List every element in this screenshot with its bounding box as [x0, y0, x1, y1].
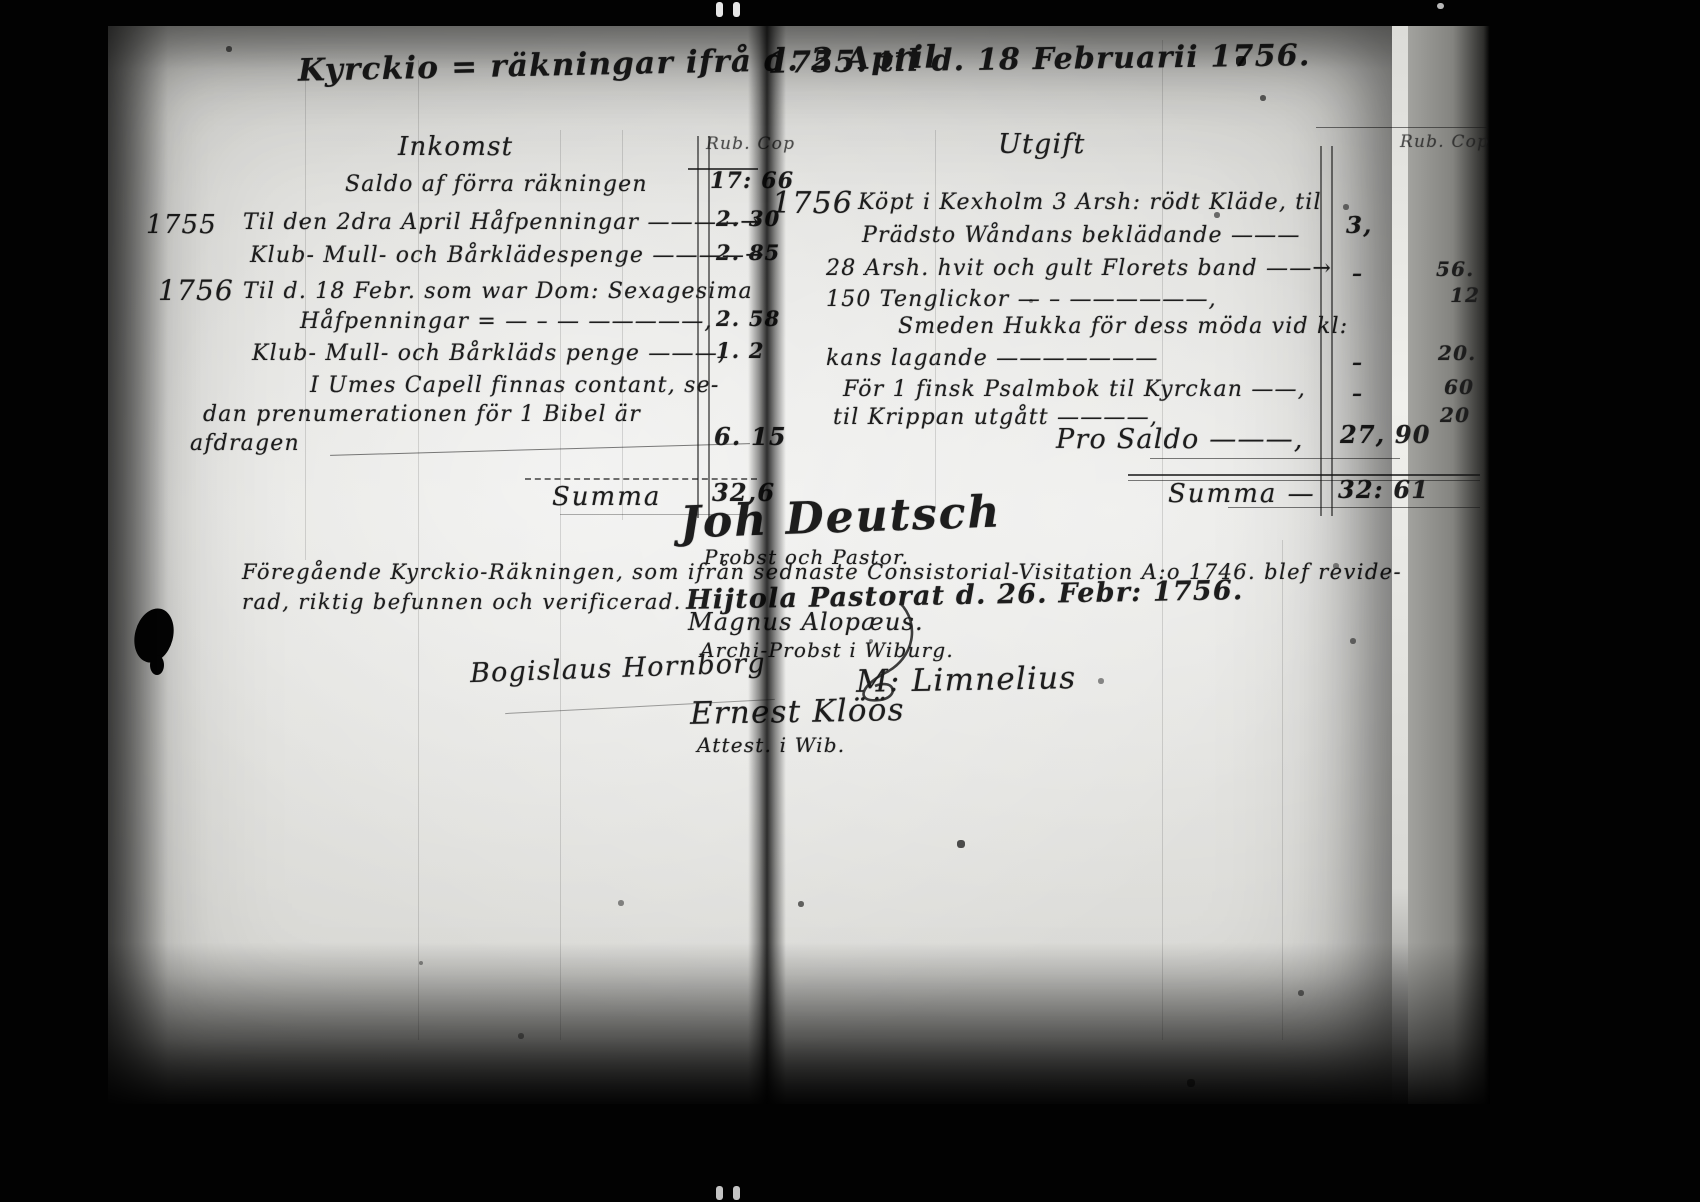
pro-saldo-label: Pro Saldo ———,: [1056, 424, 1304, 455]
amount-header-rule: [1316, 127, 1488, 128]
ledger-amount: 60: [1444, 375, 1474, 399]
ledger-row: dan prenumerationen för 1 Bibel är: [203, 402, 641, 427]
signature-kloos-title: Attest. i Wib.: [697, 733, 845, 757]
ledger-amount: –: [1352, 350, 1363, 374]
summa-label: Summa: [552, 482, 661, 512]
ledger-row: Saldo af förra räkningen: [345, 172, 648, 197]
expense-header: Utgift: [998, 129, 1086, 160]
ledger-row: Håfpenningar = — – — —————,: [300, 309, 713, 334]
ledger-row: Prädsto Wåndans beklädande ———: [862, 223, 1301, 248]
summa-amount: 32: 61: [1338, 475, 1429, 504]
ledger-row: Smeden Hukka för dess möda vid kl:: [898, 314, 1348, 339]
film-registration-mark: [716, 2, 723, 17]
ledger-row: 28 Arsh. hvit och gult Florets band ——→: [826, 256, 1332, 281]
pro-saldo-amount: 27, 90: [1340, 420, 1431, 449]
year-label: 1756: [158, 274, 234, 307]
ledger-row: Klub- Mull- och Bårklädespenge ————→: [250, 243, 765, 268]
ledger-line: [418, 60, 419, 1040]
income-amount-header: Rub. Cop: [706, 134, 795, 154]
ledger-row: För 1 finsk Psalmbok til Kyrckan ——,: [843, 377, 1306, 402]
ledger-row: Klub- Mull- och Bårkläds penge ———,: [252, 341, 726, 366]
ink-blot: [150, 655, 164, 675]
signature-alopaeus: Magnus Alopæus.: [688, 608, 924, 636]
ledger-row: kans lagande ———————: [826, 346, 1159, 371]
ledger-amount: –: [1352, 381, 1363, 405]
ledger-row: Köpt i Kexholm 3 Arsh: rödt Kläde, til: [858, 190, 1322, 215]
income-header: Inkomst: [398, 132, 513, 162]
ledger-row: afdragen: [190, 431, 300, 456]
film-registration-mark: [733, 1186, 740, 1200]
summa-rule: [1228, 507, 1480, 508]
ledger-amount: 2. 30: [716, 206, 780, 231]
summa-label: Summa —: [1168, 479, 1316, 509]
ledger-amount: 6. 15: [714, 422, 787, 451]
film-registration-mark: [733, 2, 740, 17]
ledger-line: [1282, 540, 1283, 1040]
ledger-amount: 20: [1440, 403, 1470, 427]
ledger-amount: 20.: [1438, 341, 1476, 365]
ledger-amount: 1. 2: [716, 338, 765, 363]
ledger-row: 150 Tenglickor — – ——————,: [826, 287, 1217, 312]
ledger-amount: 3,: [1346, 212, 1372, 239]
ledger-row: Til den 2dra April Håfpenningar ————→: [243, 210, 760, 235]
pro-saldo-rule: [1150, 458, 1400, 459]
film-registration-mark: [716, 1186, 723, 1200]
year-label: 1756: [772, 186, 853, 221]
attestation-line2: rad, riktig befunnen och verificerad.: [242, 590, 682, 614]
ledger-amount: –: [1352, 261, 1363, 285]
ledger-row: I Umes Capell finnas contant, se-: [310, 373, 719, 398]
year-label: 1755: [146, 210, 217, 240]
expense-amount-header: Rub. Cop: [1400, 132, 1489, 152]
page-edge-shadow: [1408, 26, 1490, 1104]
ledger-amount: 2. 85: [716, 240, 780, 265]
ledger-amount: 2. 58: [716, 306, 780, 331]
ledger-amount: 12: [1450, 283, 1480, 307]
ledger-amount: 56.: [1436, 257, 1474, 281]
film-specks: [0, 0, 2, 2]
ledger-row: Til d. 18 Febr. som war Dom: Sexagesima: [243, 279, 753, 304]
signature-kloos: Ernest Klöös: [690, 692, 905, 732]
microfilm-scan: Kyrckio = räkningar ifrå d. 2 April 1755…: [0, 0, 1700, 1202]
film-registration-mark: [1437, 3, 1444, 9]
